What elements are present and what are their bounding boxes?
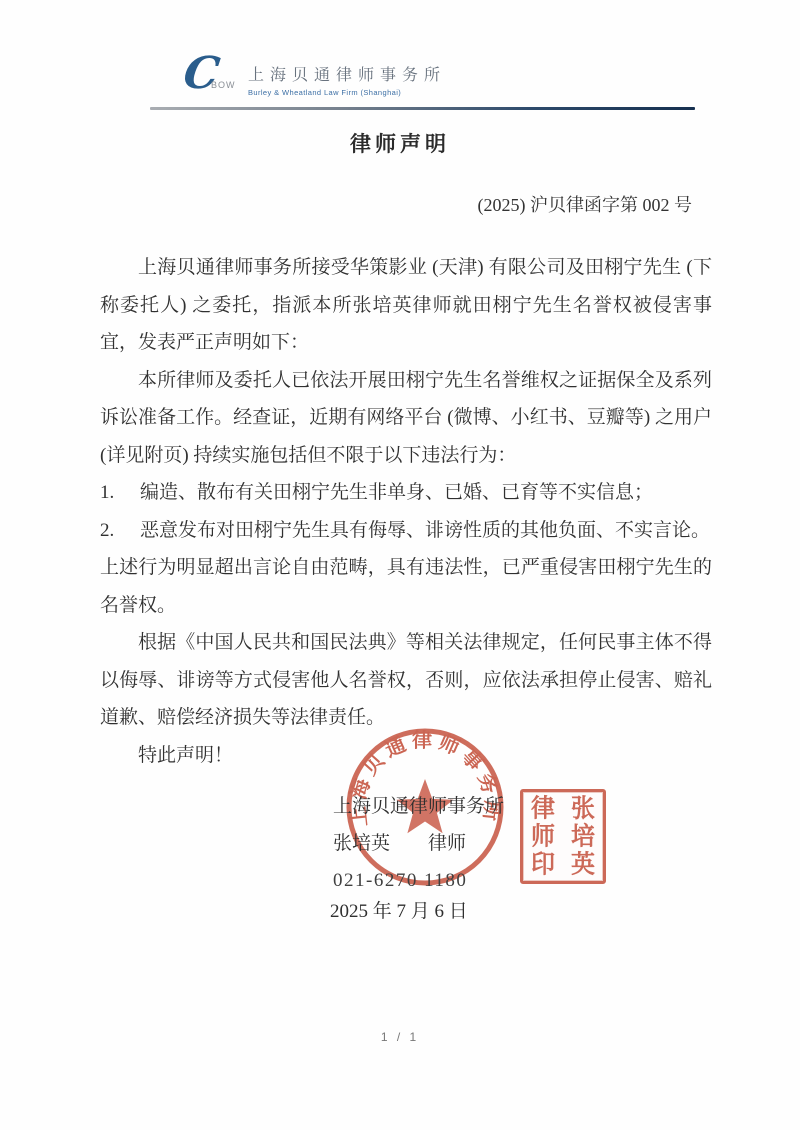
page-number: 1 / 1 [0,1030,800,1044]
paragraph-commission: 上海贝通律师事务所接受华策影业 (天津) 有限公司及田栩宁先生 (下称委托人) … [100,249,712,362]
seal-char: 培 [571,822,595,851]
firm-name-english: Burley & Wheatland Law Firm (Shanghai) [248,88,446,97]
signature-phone: 021-6270 1180 [333,862,504,899]
signature-block: 上海贝通律师事务所 张培英律师 021-6270 1180 [333,788,504,899]
firm-names: 上海贝通律师事务所 Burley & Wheatland Law Firm (S… [248,58,446,97]
document-title: 律师声明 [0,128,800,158]
reference-number: (2025) 沪贝律函字第 002 号 [478,191,693,217]
letterhead-divider [150,107,695,110]
violation-item-2: 2. 恶意发布对田栩宁先生具有侮辱、诽谤性质的其他负面、不实言论。 [100,512,712,550]
legal-statement-page: C BOW 上海贝通律师事务所 Burley & Wheatland Law F… [0,0,800,1130]
violation-number: 2. [100,512,140,550]
lawyer-title: 律师 [428,833,466,854]
paragraph-legal-basis: 根据《中国人民共和国民法典》等相关法律规定，任何民事主体不得以侮辱、诽谤等方式侵… [100,624,712,737]
seal-char: 印 [531,850,555,879]
seal-char: 律 [531,794,555,823]
seal-char: 张 [571,794,595,823]
paragraph-conclusion: 上述行为明显超出言论自由范畴，具有违法性，已严重侵害田栩宁先生的名誉权。 [100,549,712,624]
signature-lawyer-line: 张培英律师 [333,825,504,862]
paragraph-investigation: 本所律师及委托人已依法开展田栩宁先生名誉维权之证据保全及系列诉讼准备工作。经查证… [100,362,712,475]
seal-char: 英 [571,850,595,879]
violation-number: 1. [100,474,140,512]
signature-date: 2025 年 7 月 6 日 [330,896,468,923]
seal-char: 师 [531,822,555,851]
signature-firm-name: 上海贝通律师事务所 [333,788,504,825]
violation-item-1: 1. 编造、散布有关田栩宁先生非单身、已婚、已育等不实信息； [100,474,712,512]
logo-acronym: BOW [211,80,236,90]
lawyer-name: 张培英 [333,833,390,854]
firm-logo: C BOW [184,58,242,100]
violation-text: 恶意发布对田栩宁先生具有侮辱、诽谤性质的其他负面、不实言论。 [140,512,712,550]
seal-column-right: 张 培 英 [571,795,595,879]
document-body: 上海贝通律师事务所接受华策影业 (天津) 有限公司及田栩宁先生 (下称委托人) … [100,249,712,774]
lawyer-square-seal: 律 师 印 张 培 英 [520,789,606,884]
seal-column-left: 律 师 印 [531,795,555,879]
violation-text: 编造、散布有关田栩宁先生非单身、已婚、已育等不实信息； [140,474,712,512]
letterhead: C BOW 上海贝通律师事务所 Burley & Wheatland Law F… [184,58,446,100]
firm-name-chinese: 上海贝通律师事务所 [248,62,446,85]
